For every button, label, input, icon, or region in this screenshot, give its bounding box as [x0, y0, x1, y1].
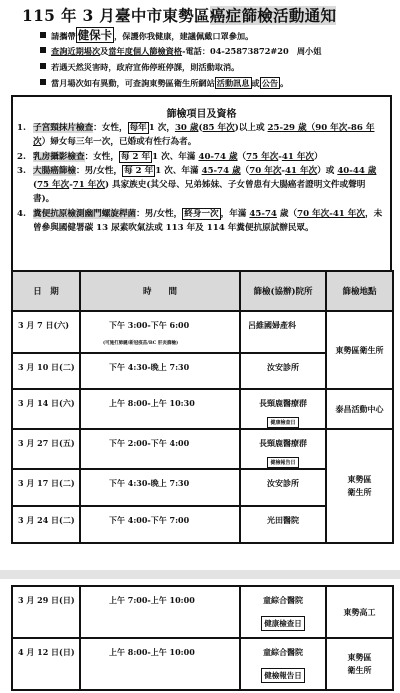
- row-hospital: 呂維國婦產科: [240, 311, 326, 353]
- activity-info-box: 活動訊息: [215, 77, 252, 89]
- square-bullet-icon: [40, 63, 46, 69]
- row-time: 下午 3:00-下午 6:00(可施打肺鏈/新冠疫苗/BC 肝炎篩檢): [80, 311, 240, 353]
- row-location: 東勢區衛生所: [326, 429, 393, 543]
- row-hospital: 童綜合醫院健康檢查日: [240, 586, 326, 638]
- eligibility-text: 當年度個人篩檢資格: [108, 46, 182, 56]
- health-check-day-tag: 健康檢查日: [267, 417, 298, 428]
- table-row: 3 月 7 日(六) 下午 3:00-下午 6:00(可施打肺鏈/新冠疫苗/BC…: [12, 311, 393, 353]
- schedule-table-continued: 3 月 29 日(日) 上午 7:00-上午 10:00 童綜合醫院健康檢查日 …: [11, 585, 394, 691]
- row-hospital: 長頸鹿醫療群健檢報告日: [240, 429, 326, 469]
- row-date: 3 月 7 日(六): [12, 311, 80, 353]
- phone-contact: -電話：04-25873872#20 周小姐: [182, 46, 321, 56]
- row-date: 3 月 29 日(日): [12, 586, 80, 638]
- recent-sessions-link: 查詢: [51, 46, 67, 56]
- row-hospital: 光田醫院: [240, 506, 326, 543]
- row-date: 3 月 24 日(二): [12, 506, 80, 543]
- report-day-tag: 健檢報告日: [261, 668, 305, 683]
- eligibility-item-colorectal: 3. 大腸癌篩檢：男/女性，每 2 年1 次、年滿 45-74 歲（70 年次-…: [13, 164, 390, 207]
- announcement-box: 公告: [260, 77, 280, 89]
- eligibility-item-mammo: 2. 乳房攝影檢查：女性，每 2 年1 次、年滿 40-74 歲（75 年次-4…: [13, 150, 390, 164]
- row-time: 上午 8:00-上午 10:00: [80, 638, 240, 690]
- page-separator: [0, 570, 400, 579]
- row-time: 下午 2:00-下午 4:00: [80, 429, 240, 469]
- row-hospital: 童綜合醫院健檢報告日: [240, 638, 326, 690]
- bullet-inquiry: 查詢近期場次及當年度個人篩檢資格-電話：04-25873872#20 周小姐: [40, 43, 395, 59]
- bullet-changes: 當月場次如有異動，可查詢東勢區衛生所網站活動訊息或公告。: [40, 75, 395, 91]
- row-time: 上午 8:00-上午 10:30: [80, 389, 240, 429]
- health-check-day-tag: 健康檢查日: [261, 616, 305, 631]
- header-date: 日 期: [12, 271, 80, 311]
- title-prefix: 115 年 3 月臺中市東勢區: [22, 6, 210, 25]
- table-row: 4 月 12 日(日) 上午 8:00-上午 10:00 童綜合醫院健檢報告日 …: [12, 638, 393, 690]
- health-card-label: 健保卡: [76, 27, 115, 43]
- schedule-table: 日 期 時 間 篩檢(協辦)院所 篩檢地點 3 月 7 日(六) 下午 3:00…: [11, 270, 394, 544]
- row-note: (可施打肺鏈/新冠疫苗/BC 肝炎篩檢): [103, 340, 239, 346]
- eligibility-item-pap: 1. 子宮頸抹片檢查：女性，每年1 次，30 歲(85 年次)以上或 25-29…: [13, 121, 390, 150]
- row-location: 東勢區衛生所: [326, 311, 393, 389]
- row-hospital: 汝安診所: [240, 353, 326, 389]
- recent-sessions-text: 近期場次: [67, 46, 100, 56]
- row-time: 下午 4:30-晚上 7:30: [80, 469, 240, 506]
- row-hospital: 汝安診所: [240, 469, 326, 506]
- row-date: 4 月 12 日(日): [12, 638, 80, 690]
- bullet-disaster: 若遇天然災害時，政府宣佈停班停課，則活動取消。: [40, 59, 395, 75]
- page-title: 115 年 3 月臺中市東勢區癌症篩檢活動通知: [22, 4, 392, 26]
- header-location: 篩檢地點: [326, 271, 393, 311]
- table-row: 3 月 14 日(六) 上午 8:00-上午 10:30 長頸鹿醫療群健康檢查日…: [12, 389, 393, 429]
- row-date: 3 月 10 日(二): [12, 353, 80, 389]
- square-bullet-icon: [40, 47, 46, 53]
- row-date: 3 月 14 日(六): [12, 389, 80, 429]
- row-location: 東勢高工: [326, 586, 393, 638]
- notice-bullets: 請攜帶健保卡，保護你我健康，建議佩戴口罩參加。 查詢近期場次及當年度個人篩檢資格…: [40, 27, 395, 91]
- bullet-bring-card: 請攜帶健保卡，保護你我健康，建議佩戴口罩參加。: [40, 27, 395, 43]
- row-date: 3 月 27 日(五): [12, 429, 80, 469]
- eligibility-item-hpylori: 4. 糞便抗原檢測幽門螺旋桿菌：男/女性，終身一次，年滿 45-74 歲（70 …: [13, 207, 390, 236]
- row-hospital: 長頸鹿醫療群健康檢查日: [240, 389, 326, 429]
- title-highlight: 癌症篩檢活動通知: [210, 6, 336, 25]
- row-time: 上午 7:00-上午 10:00: [80, 586, 240, 638]
- report-day-tag: 健檢報告日: [267, 457, 298, 468]
- row-time: 下午 4:00-下午 7:00: [80, 506, 240, 543]
- header-hospital: 篩檢(協辦)院所: [240, 271, 326, 311]
- schedule-header-row: 日 期 時 間 篩檢(協辦)院所 篩檢地點: [12, 271, 393, 311]
- eligibility-section: 篩檢項目及資格 1. 子宮頸抹片檢查：女性，每年1 次，30 歲(85 年次)以…: [11, 95, 392, 270]
- header-time: 時 間: [80, 271, 240, 311]
- row-location: 東勢區衛生所: [326, 638, 393, 690]
- square-bullet-icon: [40, 32, 46, 38]
- table-row: 3 月 29 日(日) 上午 7:00-上午 10:00 童綜合醫院健康檢查日 …: [12, 586, 393, 638]
- eligibility-heading: 篩檢項目及資格: [13, 105, 390, 121]
- row-time: 下午 4:30-晚上 7:30: [80, 353, 240, 389]
- table-row: 3 月 27 日(五) 下午 2:00-下午 4:00 長頸鹿醫療群健檢報告日 …: [12, 429, 393, 469]
- row-location: 泰昌活動中心: [326, 389, 393, 429]
- row-date: 3 月 17 日(二): [12, 469, 80, 506]
- square-bullet-icon: [40, 79, 46, 85]
